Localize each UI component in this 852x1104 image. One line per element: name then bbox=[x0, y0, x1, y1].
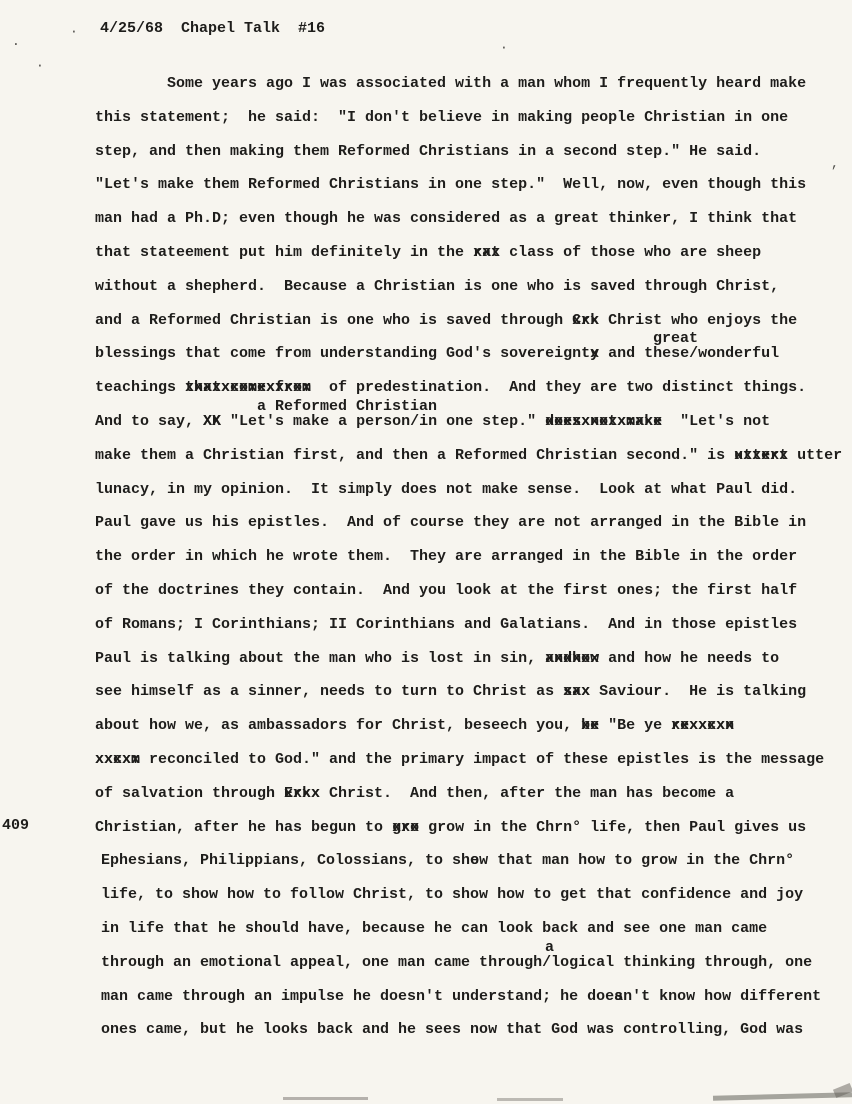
scan-edge-mark bbox=[497, 1098, 563, 1101]
paper-speck: . bbox=[12, 34, 20, 49]
text-line: of the doctrines they contain. And you l… bbox=[95, 581, 797, 600]
paper-speck: · bbox=[70, 24, 78, 39]
text-line: in life that he should have, because he … bbox=[101, 919, 767, 938]
overstrike-correction: ratxxx bbox=[473, 243, 500, 262]
text-line: Christian, after he has begun to groxxx … bbox=[95, 818, 806, 837]
text-line: step, and then making them Reformed Chri… bbox=[95, 142, 761, 161]
text-line: xxcxmxxxxx reconciled to God." and the p… bbox=[95, 750, 824, 769]
paper-speck: · bbox=[500, 40, 508, 55]
text-line: Some years ago I was associated with a m… bbox=[95, 74, 806, 93]
document-page: 4/25/68 Chapel Talk #16 409 Some years a… bbox=[0, 0, 852, 1104]
text-line: Ephesians, Philippians, Colossians, to s… bbox=[101, 851, 794, 870]
text-line: see himself as a sinner, needs to turn t… bbox=[95, 682, 806, 701]
text-line: man came through an impulse he doesn't u… bbox=[101, 987, 821, 1006]
text-line: of Romans; I Corinthians; II Corinthians… bbox=[95, 615, 797, 634]
paper-speck: · bbox=[36, 58, 44, 73]
text-line: of salvation through Erkxxxxx Christ. An… bbox=[95, 784, 734, 803]
overstrike-correction: uttertxxxxxx bbox=[734, 446, 788, 465]
overstrike-correction: bexx bbox=[581, 716, 599, 735]
text-line: lunacy, in my opinion. It simply does no… bbox=[95, 480, 797, 499]
text-line: without a shepherd. Because a Christian … bbox=[95, 277, 779, 296]
scan-edge-mark bbox=[283, 1097, 368, 1100]
overstrike-correction: xxcxmxxxxx bbox=[95, 750, 140, 769]
text-line: teachings thatxcomexfromxxxxxxxxxxxxxx o… bbox=[95, 378, 806, 397]
text-line: blessings that come from understanding G… bbox=[95, 344, 779, 363]
page-header: 4/25/68 Chapel Talk #16 bbox=[100, 20, 325, 37]
overstrike-correction: as bbox=[614, 987, 623, 1006]
paper-speck: , bbox=[831, 156, 839, 171]
text-line: that stateement put him definitely in th… bbox=[95, 243, 761, 262]
overstrike-correction: groxxx bbox=[392, 818, 419, 837]
overstrike-correction: XKXX bbox=[203, 412, 221, 431]
overstrike-correction: rexxcxnxxxxxxx bbox=[671, 716, 734, 735]
overstrike-correction: Crkxxx bbox=[572, 311, 599, 330]
margin-note-409: 409 bbox=[2, 817, 29, 834]
text-line: the order in which he wrote them. They a… bbox=[95, 547, 797, 566]
overstrike-correction: andhowxxxxxx bbox=[545, 649, 599, 668]
overstrike-correction: Erkxxxxx bbox=[284, 784, 320, 803]
overstrike-correction: doesxnotxmakexxxxxxxxxxxxx bbox=[545, 412, 662, 431]
text-line: through an emotional appeal, one man cam… bbox=[101, 953, 812, 972]
overstrike-correction: yx bbox=[590, 344, 599, 363]
text-line: this statement; he said: "I don't believ… bbox=[95, 108, 788, 127]
scan-edge-mark bbox=[713, 1092, 852, 1100]
overstrike-correction: thatxcomexfromxxxxxxxxxxxxxx bbox=[185, 378, 311, 397]
text-line: ones came, but he looks back and he sees… bbox=[101, 1020, 803, 1039]
text-line: Paul gave us his epistles. And of course… bbox=[95, 513, 806, 532]
text-line: make them a Christian first, and then a … bbox=[95, 446, 842, 465]
overstrike-correction: oe bbox=[470, 851, 479, 870]
text-line: and a Reformed Christian is one who is s… bbox=[95, 311, 797, 330]
overstrike-correction: saxxxx bbox=[563, 682, 590, 701]
text-line: man had a Ph.D; even though he was consi… bbox=[95, 209, 797, 228]
text-line: life, to show how to follow Christ, to s… bbox=[101, 885, 803, 904]
text-line: about how we, as ambassadors for Christ,… bbox=[95, 716, 734, 735]
text-line: "Let's make them Reformed Christians in … bbox=[95, 175, 806, 194]
text-line: Paul is talking about the man who is los… bbox=[95, 649, 779, 668]
text-line: And to say, XKXX "Let's make a person/in… bbox=[95, 412, 770, 431]
